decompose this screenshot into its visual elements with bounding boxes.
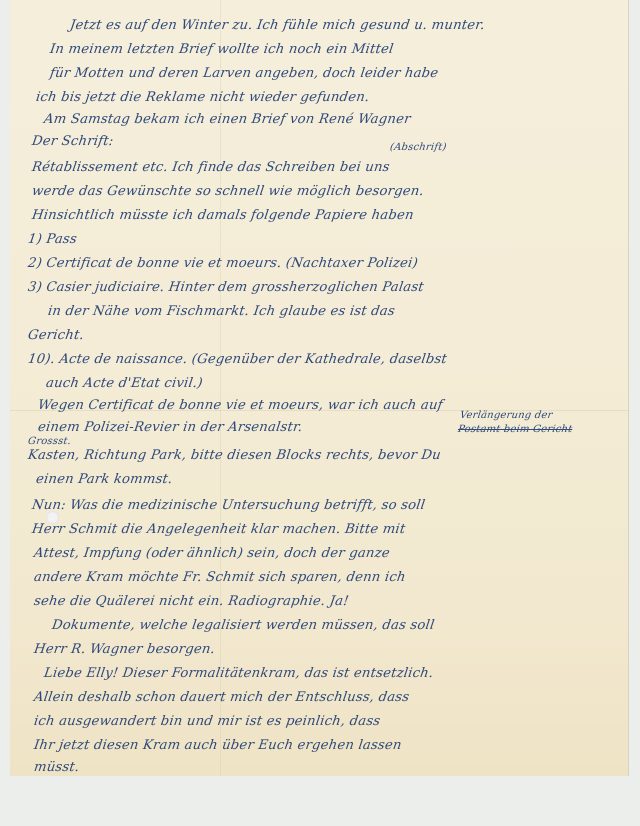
- handwritten-line: Rétablissement etc. Ich finde das Schrei…: [31, 160, 391, 175]
- handwritten-line: werde das Gewünschte so schnell wie mögl…: [31, 184, 425, 199]
- handwritten-line: Nun: Was die medizinische Untersuchung b…: [31, 498, 426, 513]
- handwritten-line: 2) Certificat de bonne vie et moeurs. (N…: [27, 256, 419, 271]
- handwritten-line: Herr R. Wagner besorgen.: [33, 642, 216, 657]
- handwritten-line: 1) Pass: [27, 232, 78, 247]
- handwritten-line: in der Nähe vom Fischmarkt. Ich glaube e…: [47, 304, 396, 319]
- handwritten-line: für Motten und deren Larven angeben, doc…: [49, 66, 439, 81]
- handwritten-line: Attest, Impfung (oder ähnlich) sein, doc…: [33, 546, 391, 561]
- handwritten-line: (Abschrift): [389, 142, 447, 153]
- handwritten-line: Allein deshalb schon dauert mich der Ent…: [33, 690, 410, 705]
- handwritten-line: Verlängerung der: [459, 410, 553, 421]
- handwritten-line: Gericht.: [27, 328, 85, 343]
- handwritten-line: einen Park kommst.: [35, 472, 174, 487]
- handwritten-line: einem Polizei-Revier in der Arsenalstr.: [37, 420, 303, 435]
- letter-page: Jetzt es auf den Winter zu. Ich fühle mi…: [10, 0, 628, 776]
- handwritten-line: Postamt beim Gericht: [457, 424, 573, 435]
- handwritten-line: müsst.: [33, 760, 80, 775]
- handwritten-line: Der Schrift:: [31, 134, 114, 149]
- handwritten-line: Wegen Certificat de bonne vie et moeurs,…: [37, 398, 444, 413]
- handwritten-line: Kasten, Richtung Park, bitte diesen Bloc…: [27, 448, 442, 463]
- handwritten-line: Herr Schmit die Angelegenheit klar mache…: [31, 522, 406, 537]
- handwritten-line: Dokumente, welche legalisiert werden müs…: [51, 618, 435, 633]
- handwritten-line: andere Kram möchte Fr. Schmit sich spare…: [33, 570, 407, 585]
- handwritten-line: ich bis jetzt die Reklame nicht wieder g…: [35, 90, 370, 105]
- handwritten-line: Ihr jetzt diesen Kram auch über Euch erg…: [33, 738, 403, 753]
- handwritten-line: Liebe Elly! Dieser Formalitätenkram, das…: [43, 666, 434, 681]
- handwritten-line: Grossst.: [27, 436, 72, 447]
- handwritten-line: 10). Acte de naissance. (Gegenüber der K…: [27, 352, 448, 367]
- handwritten-line: Jetzt es auf den Winter zu. Ich fühle mi…: [69, 18, 486, 33]
- handwritten-line: auch Acte d'Etat civil.): [45, 376, 204, 391]
- handwritten-line: Hinsichtlich müsste ich damals folgende …: [31, 208, 415, 223]
- handwritten-line: Am Samstag bekam ich einen Brief von Ren…: [43, 112, 412, 127]
- handwritten-line: 3) Casier judiciaire. Hinter dem grosshe…: [27, 280, 425, 295]
- handwritten-line: In meinem letzten Brief wollte ich noch …: [49, 42, 394, 57]
- handwritten-line: sehe die Quälerei nicht ein. Radiographi…: [33, 594, 350, 609]
- handwritten-line: ich ausgewandert bin und mir ist es pein…: [33, 714, 381, 729]
